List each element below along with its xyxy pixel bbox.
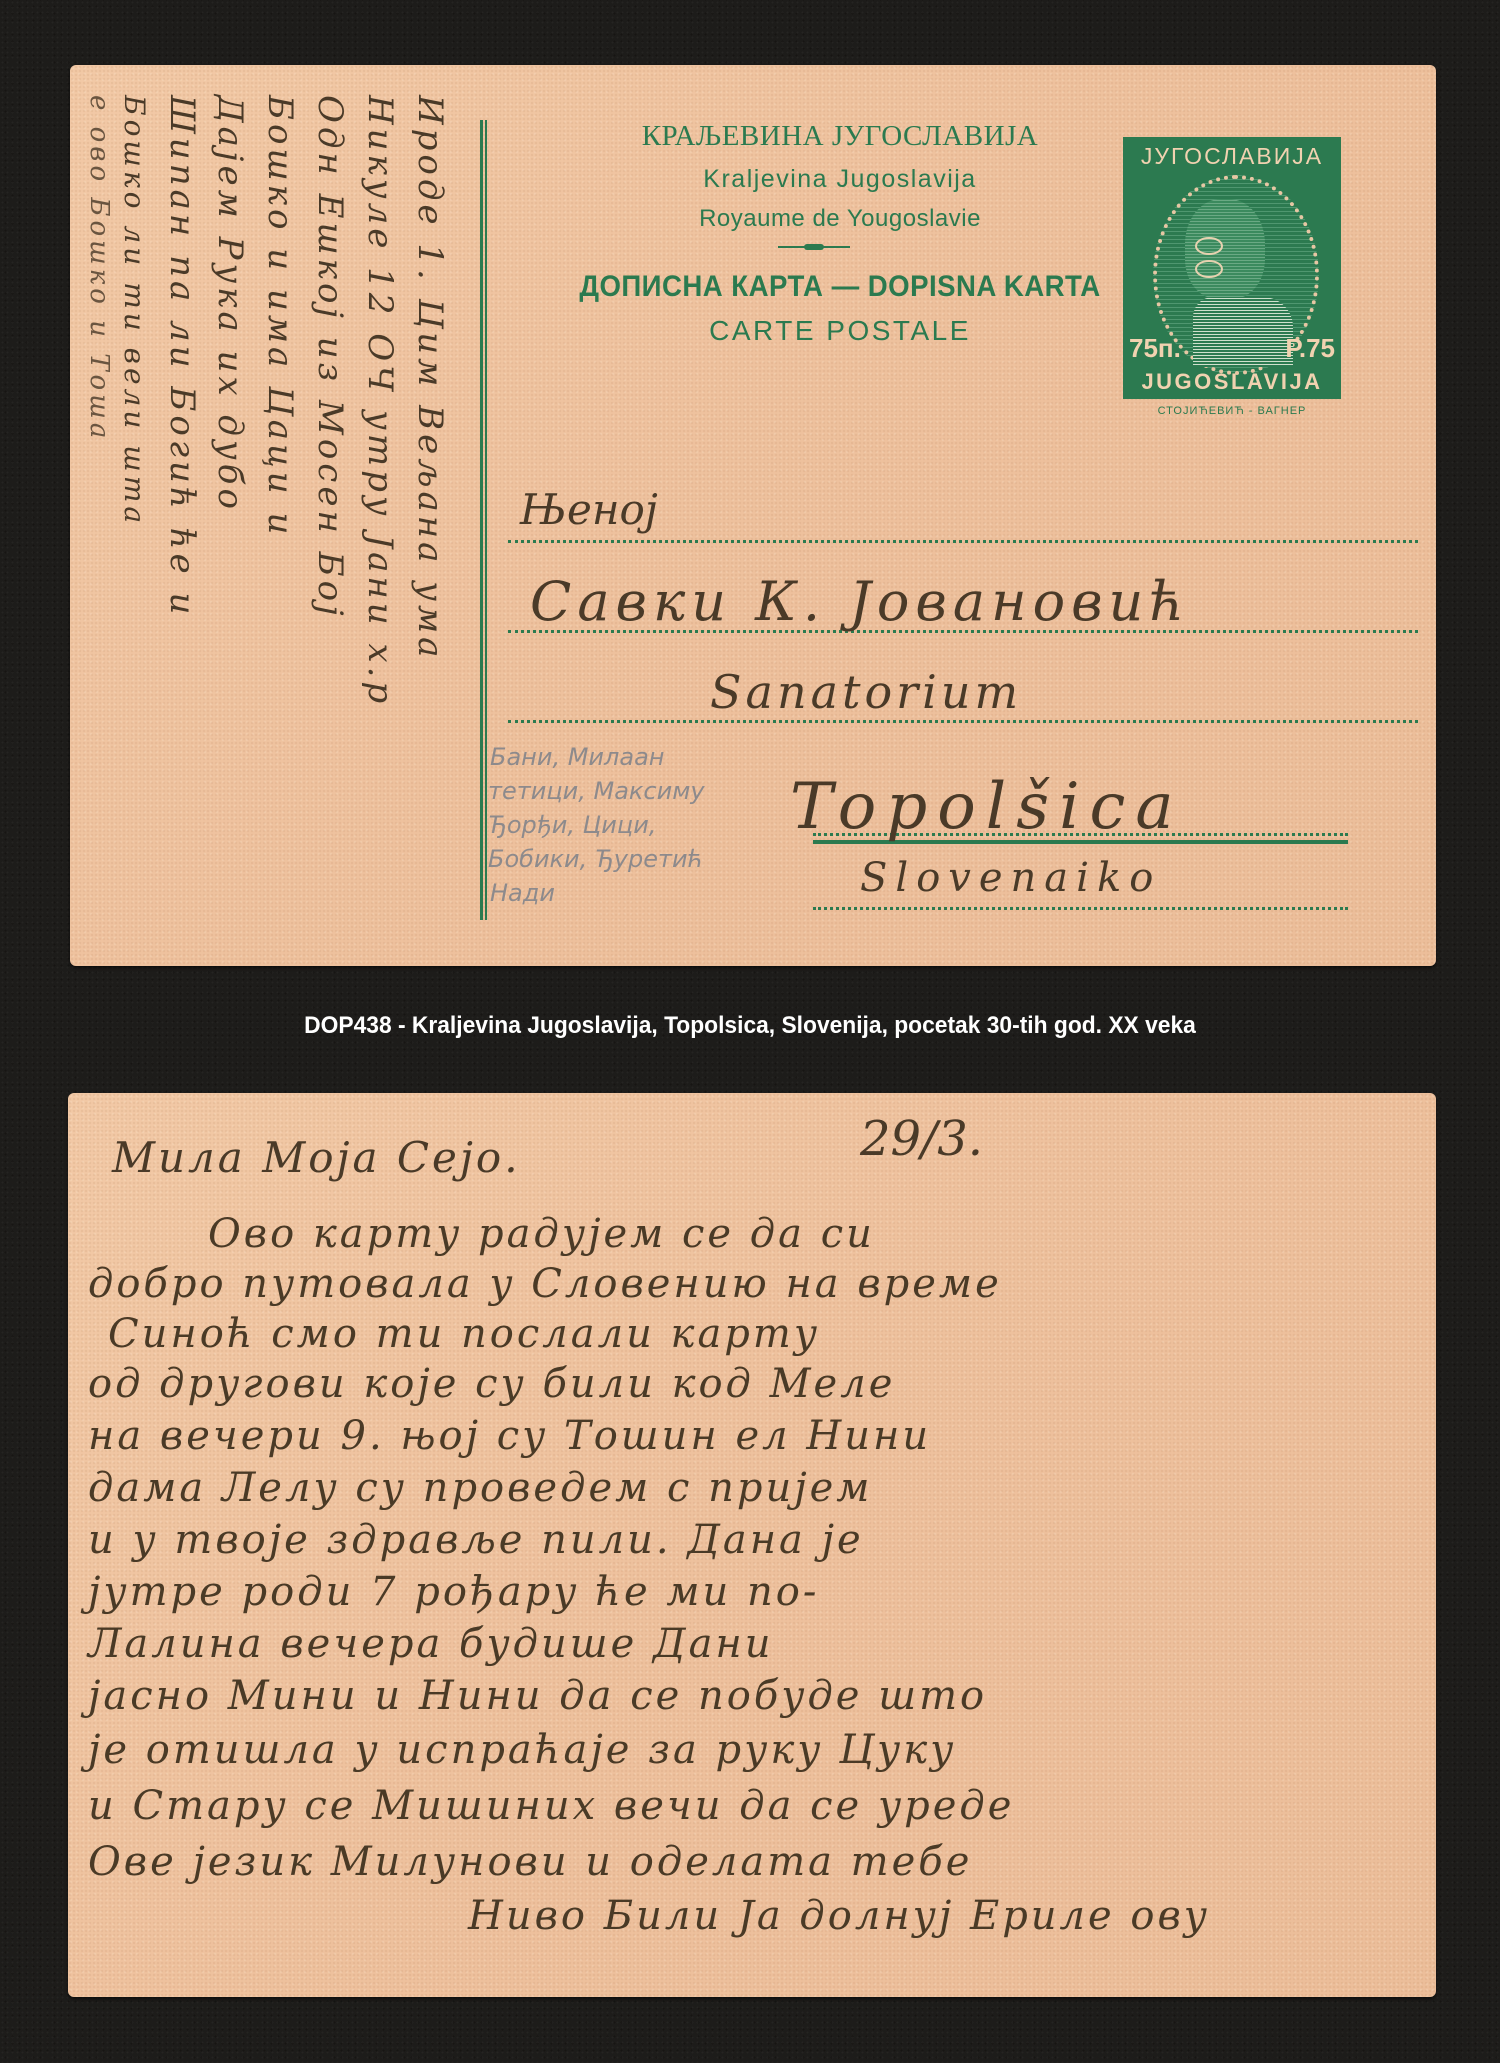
ornament-divider (778, 246, 850, 248)
pencil-note-line: Ђорђи, Цици, (488, 811, 656, 839)
address-line-5 (813, 907, 1348, 910)
pencil-note-line: Нади (490, 879, 555, 907)
pince-nez-icon (1195, 237, 1259, 253)
header-cyrillic: КРАЉЕВИНА ЈУГОСЛАВИЈА (500, 120, 1180, 153)
letter-line: и у твоје здравље пили. Дана је (88, 1517, 864, 1563)
address-line-1 (508, 540, 1418, 543)
address-town: Topolšica (790, 770, 1184, 844)
letter-line: Ово карту радујем се да си (208, 1211, 875, 1257)
header-latin: Kraljevina Jugoslavija (500, 165, 1180, 194)
postage-stamp: ЈУГОСЛАВИЈА 75п. Р.75 JUGOSLAVIJA (1123, 137, 1341, 399)
letter-line: од другови које су били код Меле (88, 1361, 895, 1407)
letter-line: јутре роди 7 рођару ће ми по- (88, 1569, 819, 1615)
letter-greeting: Мила Моја Сејо. (112, 1133, 521, 1182)
side-handwriting-line: Ироде 1. Цим Вељана ума (410, 95, 450, 955)
side-handwriting-line: Дајем Рука их дубо (210, 95, 250, 955)
pencil-note-line: Бани, Милаан (490, 743, 664, 771)
letter-line: добро путовала у Словению на време (88, 1261, 1002, 1307)
card-subtitle: CARTE POSTALE (500, 315, 1180, 347)
side-handwriting-line: Одн Ешкој из Мосен Бој (310, 95, 350, 955)
letter-line: на вечери 9. њој су Тошин ел Нини (88, 1413, 931, 1459)
postcard-front: е ово Бошко и Тоша Бошко ли ти вели шта … (70, 65, 1436, 966)
letter-line: Синоћ смо ти послали карту (108, 1311, 820, 1357)
header-french: Royaume de Yougoslavie (500, 205, 1180, 233)
letter-line: Ове језик Милунови и оделата тебе (88, 1839, 972, 1885)
address-recipient: Савки К. Јовановић (530, 570, 1190, 633)
card-title: ДОПИСНА КАРТА — DOPISNA KARTA (527, 270, 1153, 304)
uniform-collar (1193, 297, 1293, 367)
side-handwriting-line: Шипан па ли Богић ће и (162, 95, 202, 955)
side-handwriting-line: Никуле 12 ОЧ утру Јани х.р (360, 95, 400, 955)
address-institution: Sanatorium (710, 665, 1022, 719)
pencil-note-line: Бобики, Ђуретић (488, 845, 703, 873)
letter-line: и Стару се Мишиних вечи да се уреде (88, 1783, 1014, 1829)
side-handwriting-line: Бошко ли ти вели шта (118, 95, 151, 955)
letter-line: Ниво Били Ја долнуј Ериле ову (468, 1893, 1210, 1939)
letter-line: јасно Мини и Нини да се побуде што (88, 1673, 987, 1719)
stamp-bottom-text: JUGOSLAVIJA (1123, 369, 1341, 395)
side-handwriting-line: Бошко и има Цаци и (260, 95, 300, 955)
stamp-value-left: 75п. (1129, 333, 1181, 364)
stamp-value-right: Р.75 (1285, 333, 1335, 364)
item-caption: DOP438 - Kraljevina Jugoslavija, Topolsi… (38, 1012, 1463, 1040)
letter-line: је отишла у испраћаје за руку Цуку (88, 1727, 956, 1773)
vertical-divider (480, 120, 487, 920)
address-salutation: Њеној (520, 485, 658, 534)
letter-date: 29/3. (860, 1111, 983, 1167)
stamp-top-text: ЈУГОСЛАВИЈА (1123, 143, 1341, 170)
address-line-3 (508, 720, 1418, 723)
postcard-back: 29/3. Мила Моја Сејо. Ово карту радујем … (68, 1093, 1436, 1997)
stamp-engraver-credit: СТОЈИЋЕВИЋ - ВАГНЕР (1123, 405, 1341, 417)
letter-line: Лалина вечера будише Дани (88, 1621, 774, 1667)
address-region: Slovenaiko (860, 855, 1161, 901)
pencil-note-line: тетици, Максиму (488, 777, 705, 805)
side-handwriting-line: е ово Бошко и Тоша (84, 95, 114, 955)
letter-line: дама Лелу су проведем с пријем (88, 1465, 872, 1511)
